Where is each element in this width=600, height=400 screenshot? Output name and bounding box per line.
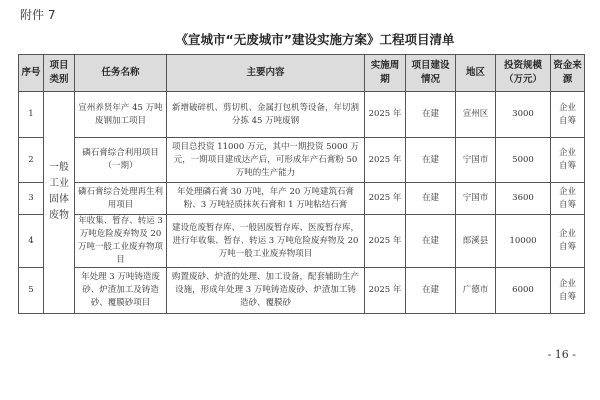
cell-fund-source: 企业自筹	[551, 215, 585, 268]
table-row: 4 年收集、暂存、转运 3 万吨危险废弃物及 20 万吨一般工业废弃物项目 建设…	[19, 215, 585, 268]
cell-region: 广德市	[456, 268, 496, 314]
cell-investment: 5000	[496, 138, 551, 183]
annex-label: 附件 7	[20, 6, 55, 23]
cell-investment: 10000	[496, 215, 551, 268]
cell-fund-source: 企业自筹	[551, 183, 585, 215]
cell-main-content: 项目总投资 11000 万元，其中一期投资 5000 万元，一期项目建成达产后，…	[167, 138, 365, 183]
header-status: 项目建设情况	[406, 55, 456, 92]
cell-seq: 2	[19, 138, 44, 183]
page-number: - 16 -	[548, 348, 576, 361]
category-label: 一般工业固体废物	[47, 160, 71, 224]
cell-task-name: 磷石膏综合利用项目（一期）	[75, 138, 167, 183]
cell-seq: 3	[19, 183, 44, 215]
cell-main-content: 年处理磷石膏 30 万吨，年产 20 万吨建筑石膏粉、3 万吨轻质抹灰石膏和 1…	[167, 183, 365, 215]
header-fund-source: 资金来源	[551, 55, 585, 92]
table-row: 2 磷石膏综合利用项目（一期） 项目总投资 11000 万元，其中一期投资 50…	[19, 138, 585, 183]
header-period: 实施周期	[365, 55, 406, 92]
cell-seq: 4	[19, 215, 44, 268]
cell-period: 2025 年	[365, 215, 406, 268]
cell-region: 宣州区	[456, 92, 496, 138]
header-region: 地区	[456, 55, 496, 92]
table-row: 3 磷石膏综合处理再生利用项目 年处理磷石膏 30 万吨，年产 20 万吨建筑石…	[19, 183, 585, 215]
cell-status: 在建	[406, 215, 456, 268]
cell-task-name: 宣州养贤年产 45 万吨废钢加工项目	[75, 92, 167, 138]
table-row: 1 一般工业固体废物 宣州养贤年产 45 万吨废钢加工项目 新增破碎机、剪切机、…	[19, 92, 585, 138]
cell-region: 郎溪县	[456, 215, 496, 268]
cell-category: 一般工业固体废物	[44, 92, 75, 314]
header-category: 项目类别	[44, 55, 75, 92]
cell-period: 2025 年	[365, 138, 406, 183]
cell-main-content: 购置废砂、炉渣的处理、加工设备，配套辅助生产设施，形成年处理 3 万吨铸造废砂、…	[167, 268, 365, 314]
cell-period: 2025 年	[365, 92, 406, 138]
cell-task-name: 磷石膏综合处理再生利用项目	[75, 183, 167, 215]
project-list-table: 序号 项目类别 任务名称 主要内容 实施周期 项目建设情况 地区 投资规模（万元…	[18, 54, 585, 314]
cell-status: 在建	[406, 138, 456, 183]
cell-investment: 6000	[496, 268, 551, 314]
cell-period: 2025 年	[365, 183, 406, 215]
fund-source-text: 企业自筹	[557, 278, 579, 304]
fund-source-text: 企业自筹	[557, 102, 579, 128]
cell-investment: 3000	[496, 92, 551, 138]
cell-fund-source: 企业自筹	[551, 92, 585, 138]
cell-main-content: 建设危废暂存库、一般固废暂存库、医废暂存库，进行年收集、暂存、转运 3 万吨危险…	[167, 215, 365, 268]
fund-source-text: 企业自筹	[557, 228, 579, 254]
cell-region: 宁国市	[456, 183, 496, 215]
cell-task-name: 年收集、暂存、转运 3 万吨危险废弃物及 20 万吨一般工业废弃物项目	[75, 215, 167, 268]
cell-fund-source: 企业自筹	[551, 268, 585, 314]
cell-status: 在建	[406, 183, 456, 215]
cell-status: 在建	[406, 92, 456, 138]
document-title: 《宣城市“无废城市”建设实施方案》工程项目清单	[0, 30, 600, 48]
table-row: 5 年处理 3 万吨铸造废砂、炉渣加工及铸造砂、覆膜砂项目 购置废砂、炉渣的处理…	[19, 268, 585, 314]
header-main-content: 主要内容	[167, 55, 365, 92]
cell-investment: 3600	[496, 183, 551, 215]
cell-fund-source: 企业自筹	[551, 138, 585, 183]
table-header-row: 序号 项目类别 任务名称 主要内容 实施周期 项目建设情况 地区 投资规模（万元…	[19, 55, 585, 92]
header-investment: 投资规模（万元）	[496, 55, 551, 92]
cell-main-content: 新增破碎机、剪切机、金属打包机等设备，年切割分拣 45 万吨废钢	[167, 92, 365, 138]
fund-source-text: 企业自筹	[557, 147, 579, 173]
cell-seq: 1	[19, 92, 44, 138]
fund-source-text: 企业自筹	[557, 186, 579, 212]
cell-region: 宁国市	[456, 138, 496, 183]
cell-task-name: 年处理 3 万吨铸造废砂、炉渣加工及铸造砂、覆膜砂项目	[75, 268, 167, 314]
header-seq: 序号	[19, 55, 44, 92]
cell-status: 在建	[406, 268, 456, 314]
cell-seq: 5	[19, 268, 44, 314]
cell-period: 2025 年	[365, 268, 406, 314]
header-task-name: 任务名称	[75, 55, 167, 92]
